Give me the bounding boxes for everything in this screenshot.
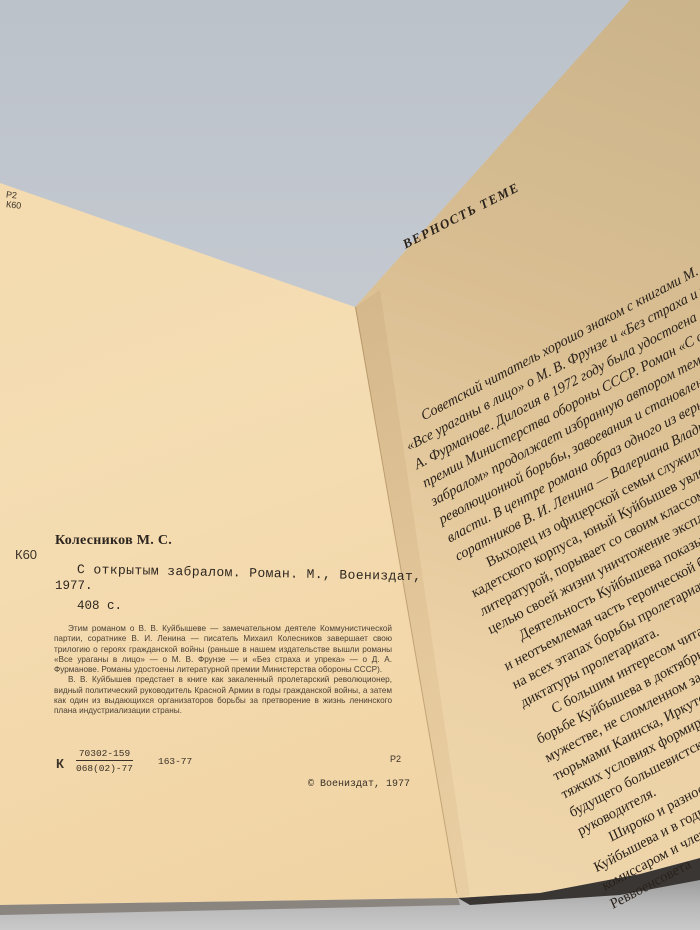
catalog-fraction: 70302-159 068(02)-77 xyxy=(76,748,133,774)
copyright-notice: © Воениздат, 1977 xyxy=(308,779,410,790)
catalog-letter: К xyxy=(56,756,64,771)
catalog-index: К60 xyxy=(15,547,37,562)
catalog-numerator: 70302-159 xyxy=(76,748,133,761)
corner-code-author: К60 xyxy=(6,199,22,211)
page-count: 408 с. xyxy=(77,599,122,613)
catalog-denominator: 068(02)-77 xyxy=(76,761,133,774)
author-name: Колесников М. С. xyxy=(55,533,172,549)
bbk-code: Р2 xyxy=(390,754,401,764)
annotation-paragraph: Этим романом о В. В. Куйбышеве — замечат… xyxy=(54,624,392,675)
book-annotation: Этим романом о В. В. Куйбышеве — замечат… xyxy=(54,624,392,717)
publication-year: 1977. xyxy=(55,579,93,593)
annotation-paragraph: В. В. Куйбышев предстает в книге как зак… xyxy=(54,675,392,716)
catalog-code: 163-77 xyxy=(158,756,192,767)
